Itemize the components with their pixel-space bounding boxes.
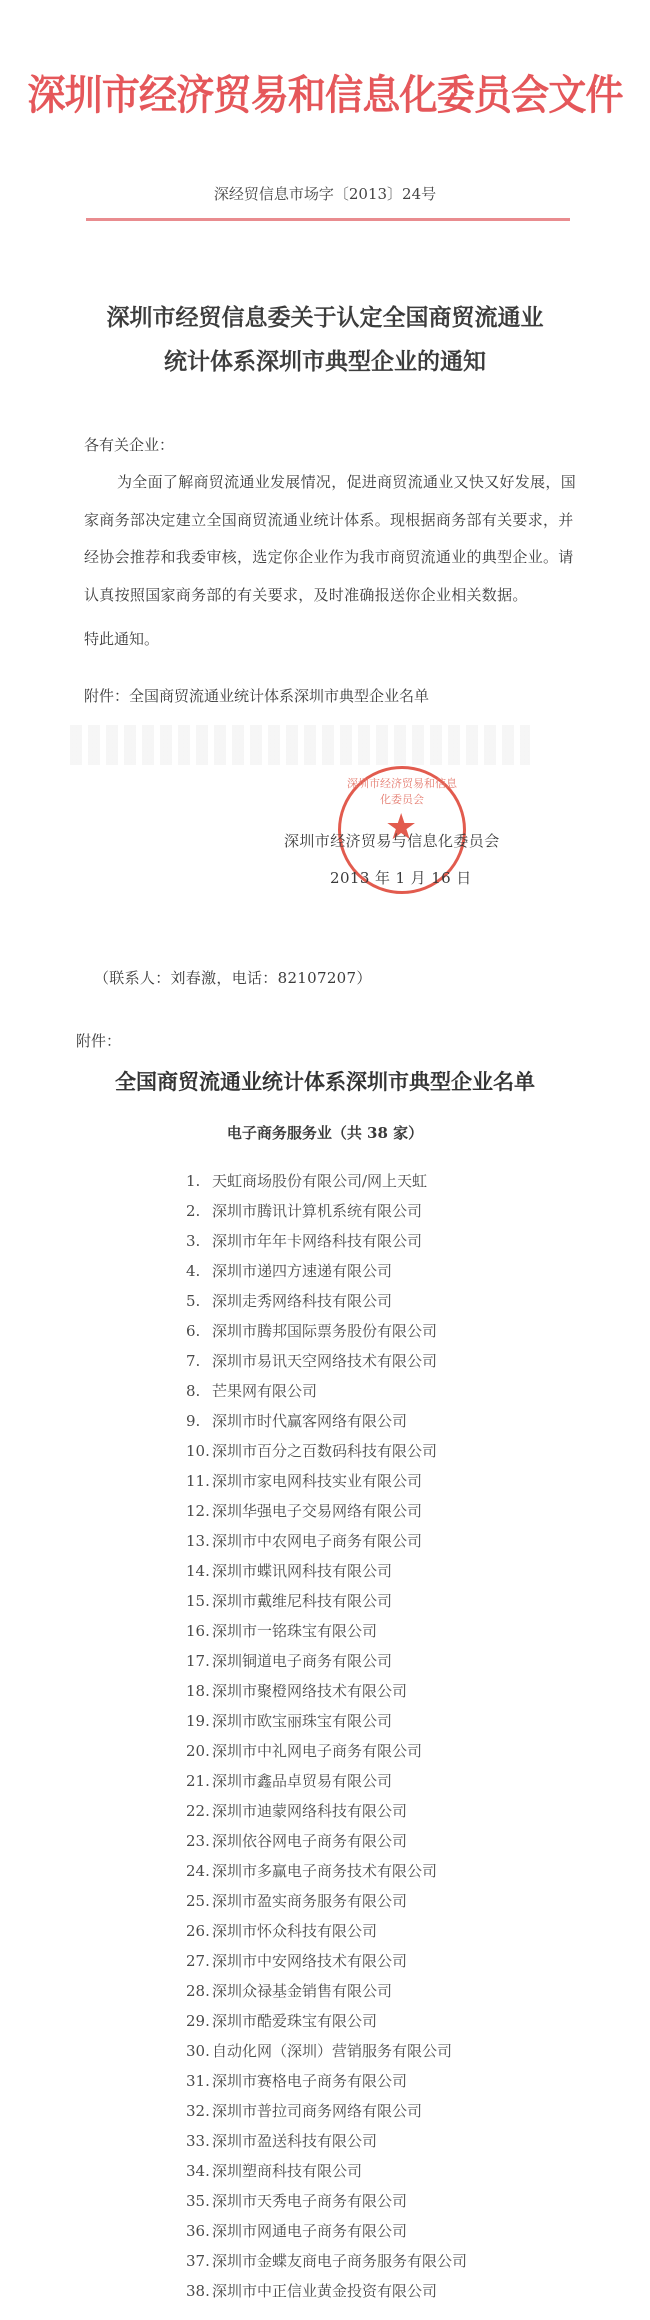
item-number: 37. xyxy=(186,2246,212,2276)
company-name: 深圳市聚橙网络技术有限公司 xyxy=(212,1682,407,1700)
company-name: 深圳市腾讯计算机系统有限公司 xyxy=(212,1202,422,1220)
company-name: 深圳华强电子交易网络有限公司 xyxy=(212,1502,422,1520)
list-item: 16.深圳市一铭珠宝有限公司 xyxy=(186,1616,467,1646)
item-number: 12. xyxy=(186,1496,212,1526)
list-item: 10.深圳市百分之百数码科技有限公司 xyxy=(186,1436,467,1466)
document-number: 深经贸信息市场字〔2013〕24号 xyxy=(0,183,650,204)
company-name: 深圳市蝶讯网科技有限公司 xyxy=(212,1562,392,1580)
list-item: 14.深圳市蝶讯网科技有限公司 xyxy=(186,1556,467,1586)
company-name: 深圳市中礼网电子商务有限公司 xyxy=(212,1742,422,1760)
item-number: 36. xyxy=(186,2216,212,2246)
list-item: 38.深圳市中正信业黄金投资有限公司 xyxy=(186,2276,467,2306)
company-name: 深圳依谷网电子商务有限公司 xyxy=(212,1832,407,1850)
company-name: 深圳市年年卡网络科技有限公司 xyxy=(212,1232,422,1250)
company-name: 深圳市欧宝丽珠宝有限公司 xyxy=(212,1712,392,1730)
item-number: 27. xyxy=(186,1946,212,1976)
notice-title-line2: 统计体系深圳市典型企业的通知 xyxy=(0,340,650,384)
company-name: 深圳铜道电子商务有限公司 xyxy=(212,1652,392,1670)
item-number: 18. xyxy=(186,1676,212,1706)
company-name: 深圳市易讯天空网络技术有限公司 xyxy=(212,1352,437,1370)
company-name: 深圳市金蝶友商电子商务服务有限公司 xyxy=(212,2252,467,2270)
company-name: 深圳塑商科技有限公司 xyxy=(212,2162,362,2180)
item-number: 30. xyxy=(186,2036,212,2066)
company-name: 深圳市时代赢客网络有限公司 xyxy=(212,1412,407,1430)
item-number: 15. xyxy=(186,1586,212,1616)
list-item: 29.深圳市酷爱珠宝有限公司 xyxy=(186,2006,467,2036)
company-name: 深圳市普拉司商务网络有限公司 xyxy=(212,2102,422,2120)
company-name: 深圳市酷爱珠宝有限公司 xyxy=(212,2012,377,2030)
company-name: 深圳市迪蒙网络科技有限公司 xyxy=(212,1802,407,1820)
company-name: 天虹商场股份有限公司/网上天虹 xyxy=(212,1172,427,1190)
list-item: 35.深圳市天秀电子商务有限公司 xyxy=(186,2186,467,2216)
company-name: 深圳市盈送科技有限公司 xyxy=(212,2132,377,2150)
notice-title-line1: 深圳市经贸信息委关于认定全国商贸流通业 xyxy=(0,296,650,340)
item-number: 34. xyxy=(186,2156,212,2186)
list-item: 26.深圳市怀众科技有限公司 xyxy=(186,1916,467,1946)
list-item: 34.深圳塑商科技有限公司 xyxy=(186,2156,467,2186)
signing-date: 2013 年 1 月 16 日 xyxy=(330,867,472,888)
item-number: 10. xyxy=(186,1436,212,1466)
contact-info: （联系人：刘春激，电话：82107207） xyxy=(94,967,372,988)
list-item: 23.深圳依谷网电子商务有限公司 xyxy=(186,1826,467,1856)
company-name: 自动化网（深圳）营销服务有限公司 xyxy=(212,2042,452,2060)
list-item: 3.深圳市年年卡网络科技有限公司 xyxy=(186,1226,467,1256)
list-item: 20.深圳市中礼网电子商务有限公司 xyxy=(186,1736,467,1766)
list-item: 19.深圳市欧宝丽珠宝有限公司 xyxy=(186,1706,467,1736)
list-item: 9.深圳市时代赢客网络有限公司 xyxy=(186,1406,467,1436)
company-name: 深圳市鑫品卓贸易有限公司 xyxy=(212,1772,392,1790)
list-item: 18.深圳市聚橙网络技术有限公司 xyxy=(186,1676,467,1706)
item-number: 19. xyxy=(186,1706,212,1736)
item-number: 14. xyxy=(186,1556,212,1586)
item-number: 5. xyxy=(186,1286,212,1316)
company-name: 深圳市多赢电子商务技术有限公司 xyxy=(212,1862,437,1880)
item-number: 3. xyxy=(186,1226,212,1256)
company-name: 深圳市中安网络技术有限公司 xyxy=(212,1952,407,1970)
item-number: 33. xyxy=(186,2126,212,2156)
list-item: 13.深圳市中农网电子商务有限公司 xyxy=(186,1526,467,1556)
list-item: 4.深圳市递四方速递有限公司 xyxy=(186,1256,467,1286)
item-number: 21. xyxy=(186,1766,212,1796)
seal-text: 深圳市经济贸易和信息化委员会 xyxy=(345,775,459,807)
item-number: 8. xyxy=(186,1376,212,1406)
item-number: 2. xyxy=(186,1196,212,1226)
list-item: 17.深圳铜道电子商务有限公司 xyxy=(186,1646,467,1676)
list-item: 22.深圳市迪蒙网络科技有限公司 xyxy=(186,1796,467,1826)
list-item: 8.芒果网有限公司 xyxy=(186,1376,467,1406)
item-number: 7. xyxy=(186,1346,212,1376)
item-number: 24. xyxy=(186,1856,212,1886)
item-number: 31. xyxy=(186,2066,212,2096)
item-number: 38. xyxy=(186,2276,212,2306)
company-name: 深圳市百分之百数码科技有限公司 xyxy=(212,1442,437,1460)
company-name: 深圳市递四方速递有限公司 xyxy=(212,1262,392,1280)
item-number: 26. xyxy=(186,1916,212,1946)
item-number: 35. xyxy=(186,2186,212,2216)
company-name: 深圳市中正信业黄金投资有限公司 xyxy=(212,2282,437,2300)
company-name: 深圳市赛格电子商务有限公司 xyxy=(212,2072,407,2090)
list-item: 28.深圳众禄基金销售有限公司 xyxy=(186,1976,467,2006)
list-item: 36.深圳市网通电子商务有限公司 xyxy=(186,2216,467,2246)
list-item: 12.深圳华强电子交易网络有限公司 xyxy=(186,1496,467,1526)
annex-label: 附件： xyxy=(76,1030,121,1051)
item-number: 4. xyxy=(186,1256,212,1286)
item-number: 11. xyxy=(186,1466,212,1496)
red-divider xyxy=(86,218,570,221)
item-number: 32. xyxy=(186,2096,212,2126)
item-number: 9. xyxy=(186,1406,212,1436)
list-item: 21.深圳市鑫品卓贸易有限公司 xyxy=(186,1766,467,1796)
attachment-reference: 附件：全国商贸流通业统计体系深圳市典型企业名单 xyxy=(84,685,429,706)
list-item: 7.深圳市易讯天空网络技术有限公司 xyxy=(186,1346,467,1376)
list-item: 31.深圳市赛格电子商务有限公司 xyxy=(186,2066,467,2096)
item-number: 25. xyxy=(186,1886,212,1916)
company-name: 深圳市网通电子商务有限公司 xyxy=(212,2222,407,2240)
item-number: 17. xyxy=(186,1646,212,1676)
list-item: 24.深圳市多赢电子商务技术有限公司 xyxy=(186,1856,467,1886)
notice-title: 深圳市经贸信息委关于认定全国商贸流通业 统计体系深圳市典型企业的通知 xyxy=(0,296,650,384)
company-name: 深圳市怀众科技有限公司 xyxy=(212,1922,377,1940)
bleed-through-artifact xyxy=(70,725,530,765)
company-name: 深圳市一铭珠宝有限公司 xyxy=(212,1622,377,1640)
item-number: 1. xyxy=(186,1166,212,1196)
signing-organization: 深圳市经济贸易与信息化委员会 xyxy=(284,830,500,851)
closing-line: 特此通知。 xyxy=(84,628,159,649)
category-heading: 电子商务服务业（共 38 家） xyxy=(0,1122,650,1143)
list-item: 11.深圳市家电网科技实业有限公司 xyxy=(186,1466,467,1496)
item-number: 6. xyxy=(186,1316,212,1346)
company-list: 1.天虹商场股份有限公司/网上天虹2.深圳市腾讯计算机系统有限公司3.深圳市年年… xyxy=(186,1166,467,2306)
company-name: 深圳市腾邦国际票务股份有限公司 xyxy=(212,1322,437,1340)
list-item: 33.深圳市盈送科技有限公司 xyxy=(186,2126,467,2156)
item-number: 20. xyxy=(186,1736,212,1766)
list-item: 6.深圳市腾邦国际票务股份有限公司 xyxy=(186,1316,467,1346)
list-item: 5.深圳走秀网络科技有限公司 xyxy=(186,1286,467,1316)
list-item: 27.深圳市中安网络技术有限公司 xyxy=(186,1946,467,1976)
annex-title: 全国商贸流通业统计体系深圳市典型企业名单 xyxy=(0,1066,650,1096)
company-name: 深圳市盈实商务服务有限公司 xyxy=(212,1892,407,1910)
issuer-banner: 深圳市经济贸易和信息化委员会文件 xyxy=(23,62,628,121)
list-item: 25.深圳市盈实商务服务有限公司 xyxy=(186,1886,467,1916)
company-name: 深圳市家电网科技实业有限公司 xyxy=(212,1472,422,1490)
list-item: 1.天虹商场股份有限公司/网上天虹 xyxy=(186,1166,467,1196)
item-number: 28. xyxy=(186,1976,212,2006)
list-item: 15.深圳市戴维尼科技有限公司 xyxy=(186,1586,467,1616)
item-number: 13. xyxy=(186,1526,212,1556)
list-item: 30.自动化网（深圳）营销服务有限公司 xyxy=(186,2036,467,2066)
list-item: 37.深圳市金蝶友商电子商务服务有限公司 xyxy=(186,2246,467,2276)
company-name: 深圳市天秀电子商务有限公司 xyxy=(212,2192,407,2210)
company-name: 芒果网有限公司 xyxy=(212,1382,317,1400)
list-item: 32.深圳市普拉司商务网络有限公司 xyxy=(186,2096,467,2126)
item-number: 23. xyxy=(186,1826,212,1856)
salutation: 各有关企业： xyxy=(84,434,174,455)
item-number: 16. xyxy=(186,1616,212,1646)
item-number: 29. xyxy=(186,2006,212,2036)
notice-body: 为全面了解商贸流通业发展情况，促进商贸流通业又快又好发展，国家商务部决定建立全国… xyxy=(84,464,584,614)
company-name: 深圳市中农网电子商务有限公司 xyxy=(212,1532,422,1550)
list-item: 2.深圳市腾讯计算机系统有限公司 xyxy=(186,1196,467,1226)
company-name: 深圳走秀网络科技有限公司 xyxy=(212,1292,392,1310)
item-number: 22. xyxy=(186,1796,212,1826)
company-name: 深圳众禄基金销售有限公司 xyxy=(212,1982,392,2000)
company-name: 深圳市戴维尼科技有限公司 xyxy=(212,1592,392,1610)
